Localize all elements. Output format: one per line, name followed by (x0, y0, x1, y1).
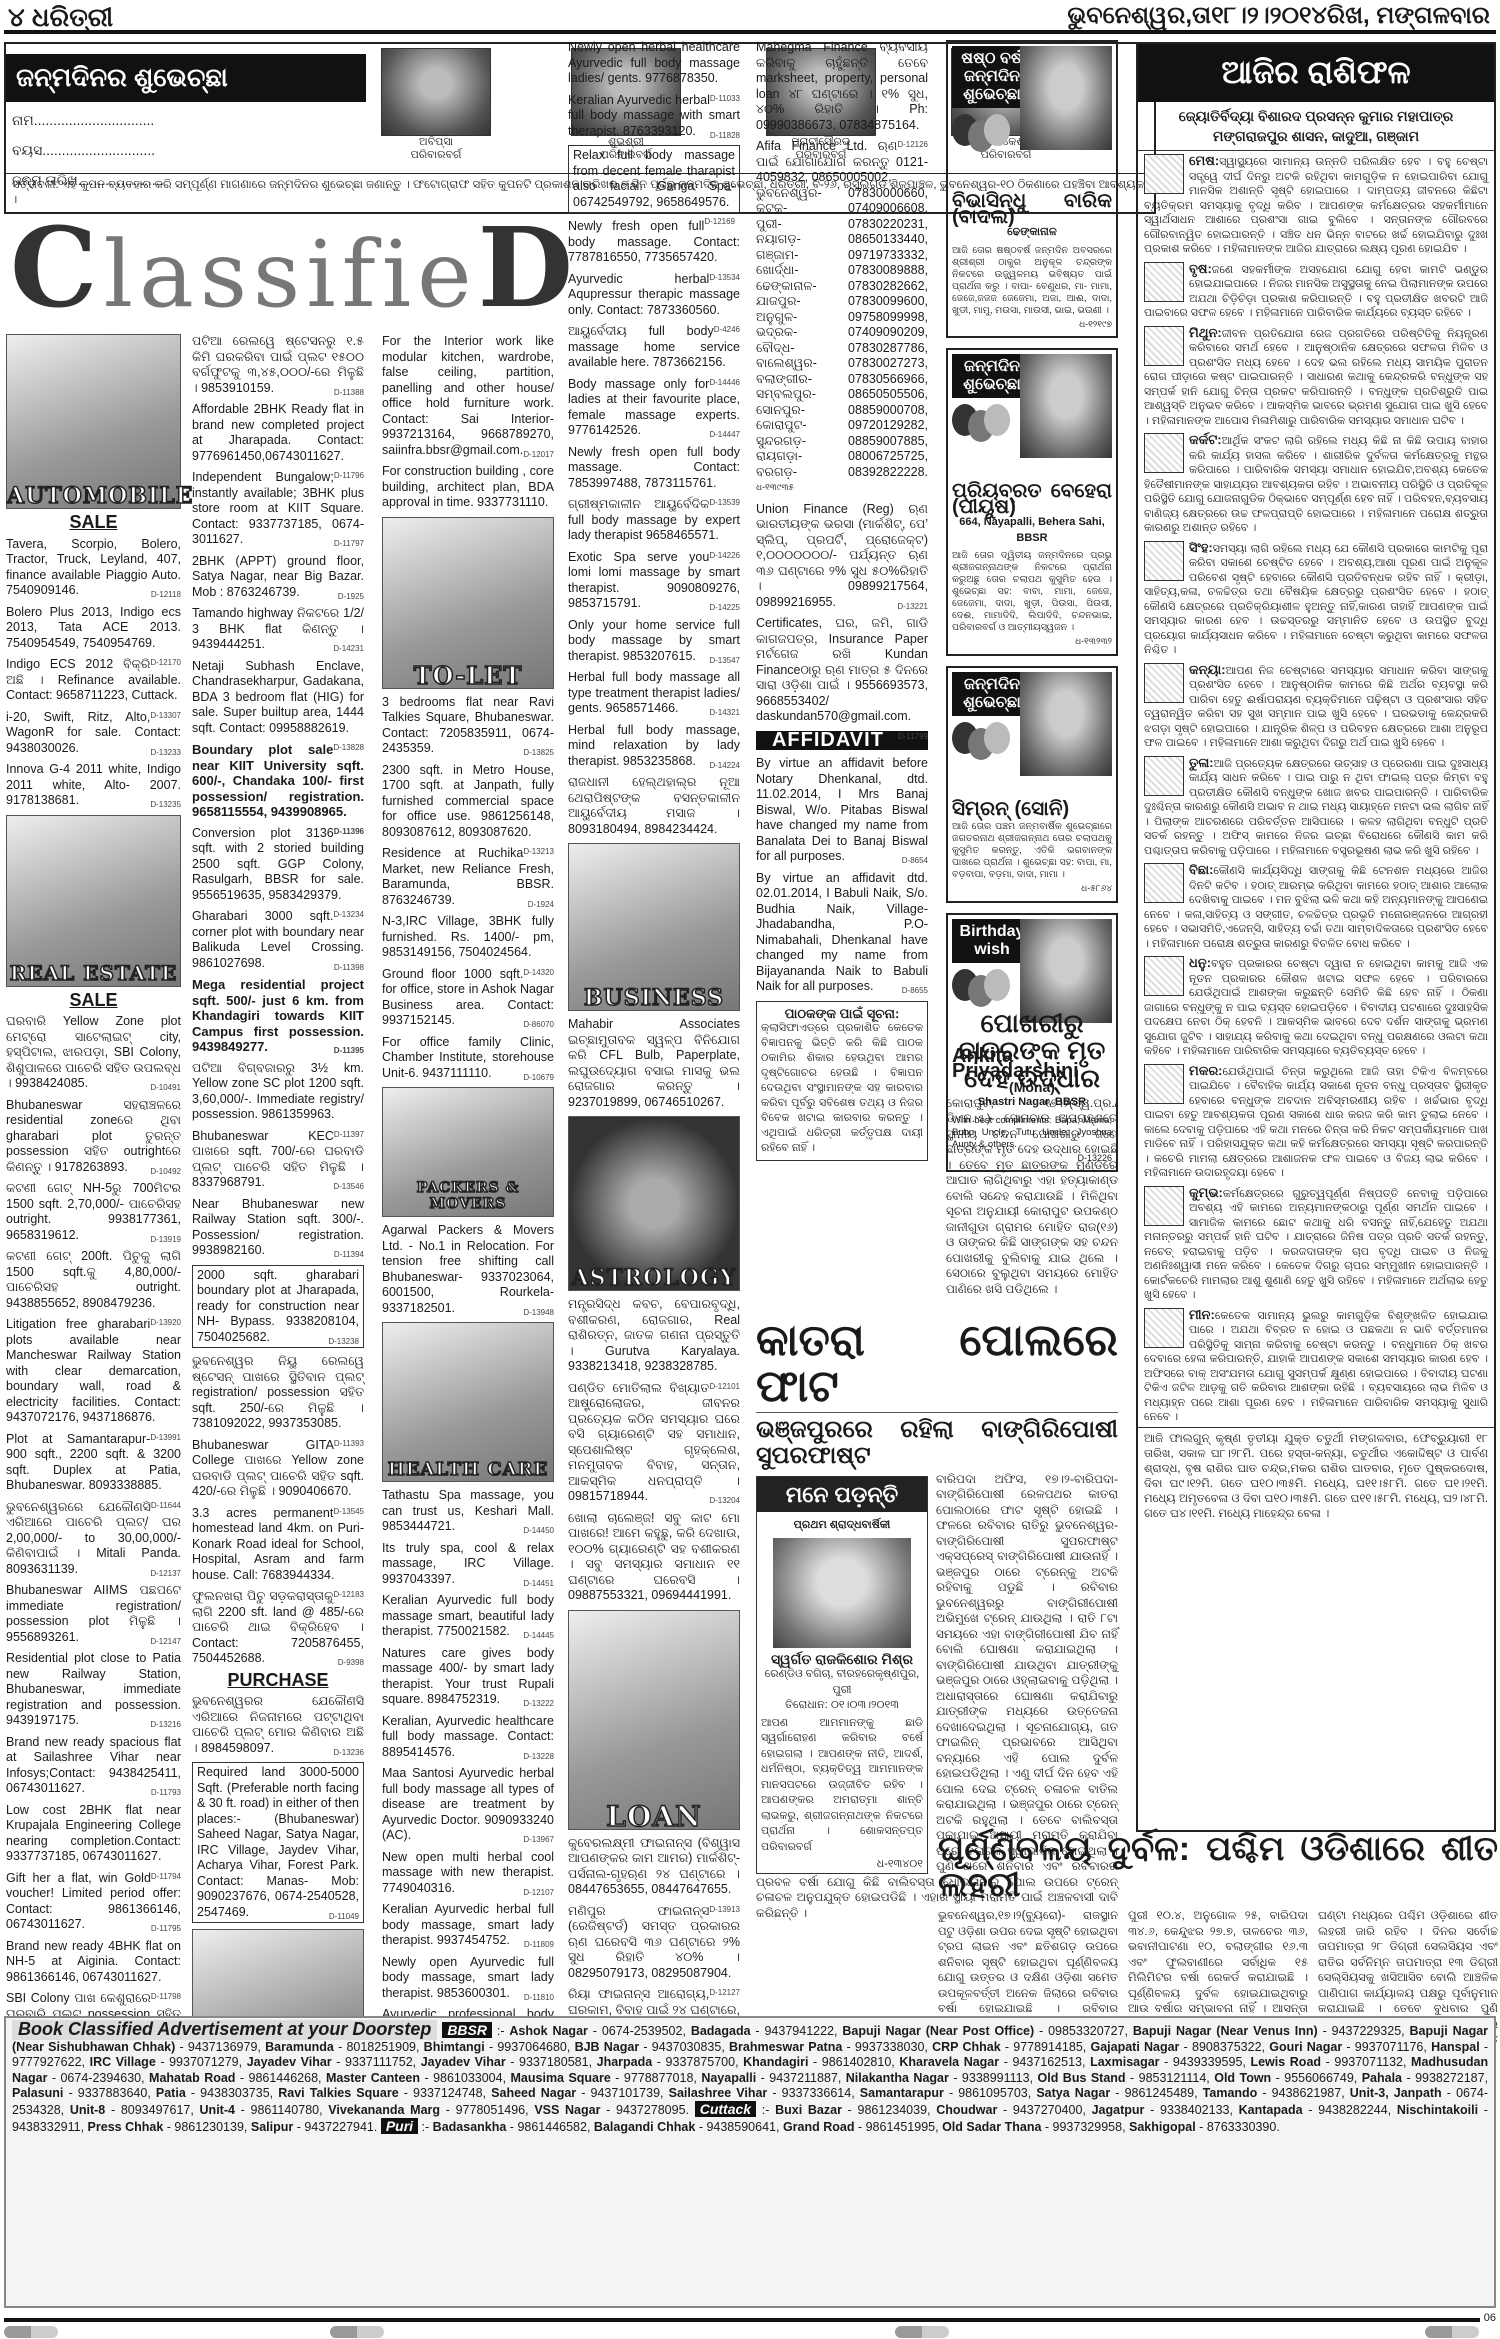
wish-message: ଆଜି ତୋର ପଞ୍ଚମ ଜନ୍ମବାର୍ଷିକ ଶୁଭେଚ୍ଛାରେ ଜଗତ… (952, 821, 1112, 881)
center-phone: 9861402810 (822, 2055, 892, 2069)
center-phone: 9938272187 (1415, 2071, 1485, 2085)
ad-code: D-9398 (338, 1655, 364, 1671)
ad-text: Brand new ready 4BHK flat on NH-5 at Aig… (6, 1939, 181, 1984)
registration-mark (4, 2326, 58, 2338)
sign-text: କୌଣସି କାର୍ଯ୍ୟସିଦ୍ଧି ସାଙ୍ଗକୁ କିଛି ଟେନଶନ ମ… (1144, 865, 1488, 950)
branch-row: ବାଲେଶ୍ୱର-07830027273, (756, 356, 928, 372)
booking-center: Samantarapur - 9861095703, (860, 2086, 1037, 2100)
classified-ad: Brand new ready spacious flat at Sailash… (6, 1735, 181, 1797)
branch-phone: 07830220231, (848, 217, 928, 233)
balloons-icon (952, 722, 1112, 792)
center-name: BJB Nagar (575, 2040, 640, 2054)
booking-center: Press Chhak - 9861230139, (88, 2120, 251, 2134)
booking-center: Jayadev Vihar - 9337180581, (421, 2055, 597, 2069)
center-phone: 9861033004 (433, 2071, 503, 2085)
branch-city: ନୟାଗଡ଼- (756, 232, 801, 248)
automobile-image: AUTOMOBILE (6, 334, 181, 509)
center-phone: 8018251909 (346, 2040, 416, 2054)
center-phone: 9937071132 (1334, 2055, 1403, 2069)
ad-text: Agarwal Packers & Movers Ltd. - No.1 in … (382, 1223, 554, 1315)
center-phone: 9437162513 (1012, 2055, 1082, 2069)
center-phone: 9861245489 (1125, 2086, 1195, 2100)
booking-center: Satya Nagar - 9861245489, (1036, 2086, 1202, 2100)
horoscope-sign: ଧନୁ:ବହୁତ ପ୍ରକାରର ଚେଷ୍ଟା ଦ୍ୱାରା ନ ହୋଇଥିବା… (1138, 953, 1494, 1061)
booking-center: Baramunda - 8018251909, (265, 2040, 424, 2054)
classified-ad: Mega residential project sqft. 500/- jus… (192, 977, 364, 1055)
ad-code: D-11394 (334, 1247, 364, 1263)
coupon-title: ଜନ୍ମଦିନର ଶୁଭେଚ୍ଛା (6, 54, 366, 102)
branch-phone: 07830027273, (848, 356, 928, 372)
ad-code: D-13221 (897, 599, 928, 615)
branch-phone: 08650133440, (848, 232, 928, 248)
center-phone: 9861234039 (858, 2103, 928, 2117)
ad-code: ଧ-୧୩୪୦୧ (757, 1857, 927, 1873)
classified-ad: 3 bedrooms flat near Ravi Talkies Square… (382, 695, 554, 757)
center-phone: 9861095703 (958, 2086, 1028, 2100)
branch-city: କଟକ- (756, 201, 787, 217)
booking-center: Pahala - 9938272187, (1362, 2071, 1488, 2085)
ad-code: D-13547 (709, 653, 740, 669)
ad-code: D-14451 (523, 1576, 554, 1592)
classified-ad: Maa Santosi Ayurvedic herbal full body m… (382, 1766, 554, 1844)
ad-code: D-13828 (333, 740, 364, 756)
center-phone: 9437229325 (1332, 2024, 1402, 2038)
center-phone: 9437941222 (764, 2024, 834, 2038)
ad-text: Maa Santosi Ayurvedic herbal full body m… (382, 1766, 554, 1842)
ad-code: D-11796 (334, 468, 364, 484)
tolet-image: TO-LET (382, 517, 554, 689)
ad-text: ପଣ୍ଡିତ ମୋତିଲାଲ ବିଖ୍ୟାତ ଆଷ୍ଟ୍ରୋଲୋଜର, ଜୀବନ… (568, 1381, 740, 1504)
reader-notice: ପାଠକଙ୍କ ପାଇଁ ସୂଚନା: କ୍ଲାସିଫାଏଡ୍‌ରେ ପ୍ରକା… (756, 1001, 928, 1161)
center-phone: 9861230139 (174, 2120, 244, 2134)
horoscope-sign: ମିଥୁନ:ଜୀବନ ପ୍ରତିଯୋଗ ରେଜ ପ୍ରଗତିରେ ପରିଷ୍ଟି… (1138, 323, 1494, 431)
sign-text: ଆଜି ପ୍ରତ୍ୟେକ କ୍ଷେତ୍ରରେ ଉତ୍ସାହ ଓ ପ୍ରେରଣା … (1144, 758, 1488, 857)
ad-code: D-8655 (902, 983, 928, 999)
center-name: Grand Road (783, 2120, 855, 2134)
sign-name: ମେଷ: (1189, 153, 1219, 168)
sign-name: କର୍କଟ: (1189, 432, 1222, 447)
zodiac-icon (1144, 154, 1184, 194)
center-phone: 9337336614 (782, 2086, 852, 2100)
classified-ad: ଘରବାରି Yellow Zone plot ମେଟ୍ରୋ ସାଟେଲାଇଟ୍… (6, 1014, 181, 1092)
branch-phone: 08859000708, (848, 403, 928, 419)
ad-code: D-10491 (150, 1080, 181, 1096)
zodiac-icon (1144, 1064, 1184, 1104)
classified-ad: କଟଣୀ ଗେଟ୍ 200ft. ପିଚୁକୁ ଲାଗି 1500 sqft.କ… (6, 1249, 181, 1311)
sign-name: କୁମ୍ଭ: (1189, 1185, 1223, 1200)
registration-mark (895, 2326, 949, 2338)
ad-text: କଟଣୀ ଗେଟ୍ 200ft. ପିଚୁକୁ ଲାଗି 1500 sqft.କ… (6, 1249, 181, 1310)
loan-label: LOAN (569, 1809, 739, 1825)
health-care-label: HEALTH CARE (383, 1462, 553, 1478)
branch-row: ଭଦ୍ରକ-07409090209, (756, 325, 928, 341)
branch-row: ଭୁବନେଶ୍ୱର-07830000660, (756, 186, 928, 202)
ad-code: D-14450 (523, 1523, 554, 1539)
branch-row: ନୟାଗଡ଼-08650133440, (756, 232, 928, 248)
ad-text: N-3,IRC Village, 3BHK fully furnished. R… (382, 914, 554, 959)
booking-center: Old Bus Stand - 9853121114, (1038, 2071, 1215, 2085)
booking-center: Buxi Bazar - 9861234039, (775, 2103, 936, 2117)
center-name: Press Chhak (88, 2120, 164, 2134)
sign-text: ଯେଉଁଥିପାଇଁ ଚିନ୍ତା କରୁଥିଲେ ଆଜି ତାହା ଟିକିଏ… (1144, 1066, 1488, 1180)
center-name: Bapuji Nagar (Near Venus Inn) (1133, 2024, 1318, 2038)
ad-text: ରାଜଧାନୀ ହେଲ୍‌ଥହାଲ୍‌ର ନୂଆ ଥେରାପିଷ୍ଟଙ୍କ ବସ… (568, 775, 740, 836)
ad-code: ଧ-୧୨୧୯୭ (952, 317, 1112, 333)
classified-ad: Herbal full body massage all type treatm… (568, 670, 740, 717)
balloons-icon (952, 114, 1112, 184)
booking-center: Patia - 9438303735, (156, 2086, 278, 2100)
sign-name: କନ୍ୟା: (1189, 662, 1226, 677)
classified-ad: Residential plot close to Patia new Rail… (6, 1651, 181, 1729)
ad-code: D-14320 (523, 965, 554, 981)
booking-center: Badagada - 9437941222, (691, 2024, 843, 2038)
branch-city: ବାଲେଶ୍ୱର- (756, 356, 817, 372)
ad-code: D-13216 (150, 1717, 181, 1733)
classified-ad: For office family Clinic, Chamber Instit… (382, 1035, 554, 1082)
booking-center: Salipur - 9437227941. (251, 2120, 381, 2134)
booking-center: Unit-4 - 9861140780, (200, 2103, 329, 2117)
classified-ad: Affordable 2BHK Ready flat in brand new … (192, 402, 364, 464)
ad-code: D-11049 (329, 1909, 359, 1925)
ad-code: D-8654 (902, 853, 928, 869)
city-label: Puri (381, 2118, 418, 2134)
sign-text: ସ୍ୱାସ୍ଥ୍ୟରେ ସାମାନ୍ୟ ଉନ୍ନତି ପରିଲକ୍ଷିତ ହେବ… (1144, 156, 1488, 255)
center-name: Baramunda (265, 2040, 334, 2054)
ad-code: D-13204 (709, 1493, 740, 1509)
classified-ad: Bolero Plus 2013, Indigo ecs 2013, Tata … (6, 605, 181, 652)
branch-phone: 07830282662, (848, 279, 928, 295)
center-name: Palasuni (12, 2086, 63, 2100)
ad-code: D-10492 (150, 1164, 181, 1180)
branch-phone: 07830000660, (848, 186, 928, 202)
zodiac-icon (1144, 863, 1184, 903)
sign-text: ବହୁତ ପ୍ରକାରର ଚେଷ୍ଟା ଦ୍ୱାରା ନ ହୋଇଥିବା କାମ… (1144, 958, 1488, 1057)
horoscope-sign: ତୁଳା:ଆଜି ପ୍ରତ୍ୟେକ କ୍ଷେତ୍ରରେ ଉତ୍ସାହ ଓ ପ୍ର… (1138, 753, 1494, 861)
center-name: Laxmisagar (1090, 2055, 1159, 2069)
classified-ad: Netaji Subhash Enclave, Chandrasekharpur… (192, 659, 364, 737)
classified-ad: Tathastu Spa massage, you can trust us, … (382, 1488, 554, 1535)
zodiac-icon (1144, 663, 1184, 703)
boxed-ad: 2000 sqft. gharabari boundary plot at Jh… (192, 1265, 364, 1349)
ad-text: Mahabir Associates ଇଚ୍ଛାମୁତାବକ ସ୍ୱଳ୍ପ ବି… (568, 1017, 740, 1109)
classified-ad: Low cost 2BHK flat near Krupajala Engine… (6, 1803, 181, 1865)
booking-center: Lewis Road - 9937071132, (1250, 2055, 1411, 2069)
horoscope-sign: ମକର:ଯେଉଁଥିପାଇଁ ଚିନ୍ତା କରୁଥିଲେ ଆଜି ତାହା ଟ… (1138, 1061, 1494, 1183)
packers-label: PACKERS & MOVERS (383, 1181, 553, 1212)
sign-text: କେତେକ ସାମାନ୍ୟ ଭୁଲରୁ କାମଗୁଡ଼ିକ ବିଶୃଙ୍ଖଳିତ… (1144, 1310, 1488, 1424)
center-phone: 9337875700 (666, 2055, 736, 2069)
center-phone: 9937064680 (497, 2040, 567, 2054)
booking-center: Old Town - 9556066749, (1214, 2071, 1361, 2085)
obituary-name: ସ୍ୱର୍ଗତ ରାଜକିଶୋର ମିଶ୍ର (757, 1652, 927, 1668)
banner-middle: lassifie (104, 221, 478, 328)
kid-family: ପରିବାରବର୍ଗ (381, 149, 491, 162)
classified-ad: କଟଣୀ ଗେଟ୍ NH-5ରୁ 700ମିଟର 1500 sqft. 2,70… (6, 1181, 181, 1243)
ad-text: Newly open herbal healthcare Ayurvedic f… (568, 40, 740, 85)
center-name: Ashok Nagar (509, 2024, 588, 2038)
center-phone: 9778914185 (1013, 2040, 1083, 2054)
center-name: Bapuji Nagar (Near Post Office) (842, 2024, 1034, 2038)
booking-center: Gajapati Nagar - 8908375322, (1090, 2040, 1269, 2054)
center-name: Samantarapur (860, 2086, 944, 2100)
ad-text: Relax full body massage from decent fema… (573, 148, 735, 209)
branch-phone: 07409090209, (848, 325, 928, 341)
branch-phone: 07830566966, (848, 372, 928, 388)
center-name: Salipur (251, 2120, 293, 2134)
booking-center: IRC Village - 9937071279, (90, 2055, 247, 2069)
ad-code: D-14321 (709, 705, 740, 721)
classified-ad: N-3,IRC Village, 3BHK fully furnished. R… (382, 914, 554, 961)
center-phone: 9437030835 (652, 2040, 722, 2054)
ad-code: D-14225 (709, 600, 740, 616)
bottom-rule (4, 2318, 1480, 2322)
classified-ad: Natures care gives body massage 400/- by… (382, 1646, 554, 1708)
news-story-pond: ପୋଖରୀରୁ ଛାତ୍ରଙ୍କ ମୃତ ଦେହ ଉଦ୍ଧାର କୋରାପୁଟ,… (946, 1010, 1118, 1297)
center-name: VSS Nagar (534, 2103, 600, 2117)
astrology-label: ASTROLOGY (569, 1271, 739, 1287)
ad-text: ମନ୍ତ୍ରସିଦ୍ଧ କବଚ, ବେପାରବୃଦ୍ଧି, ବଶୀକରଣ, ରୋ… (568, 1297, 740, 1373)
classified-ad: ଖୋଲା ଚାଲେଞ୍ଜ! ସବୁ କାଟ ମୋ ପାଖରେ! ଆମେ କହୁଛ… (568, 1511, 740, 1604)
center-phone: 9337883640 (78, 2086, 148, 2100)
banner-letter-c: C (10, 203, 104, 332)
branch-city: ଭୁବନେଶ୍ୱର- (756, 186, 822, 202)
wish-name: ସିମ୍ରନ୍ (ସୋନି) (952, 802, 1112, 818)
center-name: Badasankha (433, 2120, 507, 2134)
sign-name: ତୁଳା: (1189, 755, 1214, 770)
booking-center: Master Canteen - 9861033004, (326, 2071, 511, 2085)
center-name: Unit-4 (200, 2103, 235, 2117)
classified-ad: କୁବେରଲକ୍ଷ୍ମୀ ଫାଇନାନ୍ସ (ବିଶ୍ୱାସ ଆପଣଙ୍କର କ… (568, 1836, 740, 1898)
branch-row: ବଲାଙ୍ଗୀର-07830566966, (756, 372, 928, 388)
booking-center: Choudwar - 9437270400, (936, 2103, 1091, 2117)
ad-code: D-14224 (709, 758, 740, 774)
center-name: Pahala (1362, 2071, 1402, 2085)
booking-center: Jharpada - 9337875700, (597, 2055, 744, 2069)
zodiac-icon (1144, 433, 1184, 473)
story-body: କୋରାପୁଟ, ୧୭।୨(ସ୍ୱ.ପ୍ର./ଡିଏନ.ଏ.)- ସୋମବାର … (946, 1096, 1118, 1298)
branch-phone: 09720129282, (848, 418, 928, 434)
ad-code: D-11393 (334, 1436, 364, 1452)
classified-ad: Keralian, Ayurvedic healthcare full body… (382, 1714, 554, 1761)
center-phone: 9556066749 (1284, 2071, 1354, 2085)
ad-code: D-12147 (150, 1634, 181, 1650)
obituary-photo (773, 1538, 911, 1648)
classified-ad: Herbal full body massage, mind relaxatio… (568, 723, 740, 770)
center-name: Mahatab Road (149, 2071, 235, 2085)
sign-text: ଜୀବନ ପ୍ରତିଯୋଗ ରେଜ ପ୍ରଗତିରେ ପରିଷ୍ଟିତିକୁ ନ… (1144, 328, 1488, 427)
booking-center: BJB Nagar - 9437030835, (575, 2040, 729, 2054)
booking-center: Mausima Square - 9778877018, (511, 2071, 702, 2085)
classified-ad: Keralian Ayurvedic full body massage sma… (382, 1593, 554, 1640)
center-phone: 9337180581 (519, 2055, 589, 2069)
ad-code: D-11793 (151, 1785, 181, 1801)
center-name: Master Canteen (326, 2071, 420, 2085)
sign-name: ଧନୁ: (1189, 955, 1211, 970)
booking-center: Old Sadar Thana - 9937329958, (942, 2120, 1129, 2134)
classified-ad: Certificates, ଘର, ଜମି, ଗାଡି କାଗଜପତ୍ର, In… (756, 616, 928, 725)
center-phone: 9861140780 (251, 2103, 320, 2117)
classified-ad: Union Finance (Reg) ଋଣ ଭାରତୀୟଙ୍କ ଭରସା (ମ… (756, 502, 928, 611)
ad-code: D-12169 (704, 214, 735, 230)
zodiac-icon (1144, 262, 1184, 302)
branch-city: ରାୟଗଡ଼ା- (756, 449, 802, 465)
horoscope-sign: ମେଷ:ସ୍ୱାସ୍ଥ୍ୟରେ ସାମାନ୍ୟ ଉନ୍ନତି ପରିଲକ୍ଷିତ… (1138, 151, 1494, 259)
child-photo (381, 48, 491, 136)
center-phone: 9437211887 (769, 2071, 838, 2085)
booking-center: Palasuni - 9337883640, (12, 2086, 156, 2100)
branch-phone: 07830089888, (848, 263, 928, 279)
ad-text: For the Interior work like modular kitch… (382, 334, 554, 457)
center-name: Sakhigopal (1129, 2120, 1196, 2134)
branch-row: ଅନୁଗୁଳ-09758099998, (756, 310, 928, 326)
ad-code: D-12137 (150, 1566, 181, 1582)
center-name: Jagatpur (1092, 2103, 1145, 2117)
center-name: Saheed Nagar (491, 2086, 576, 2100)
booking-center: Sakhigopal - 8763330390. (1129, 2120, 1280, 2134)
birthday-wish-card: ଜନ୍ମଦିନ ଶୁଭେଚ୍ଛାପ୍ରିୟବ୍ରତ ବେହେରା (ପୀୟୂଷ)… (946, 348, 1118, 656)
ad-code: D-11795 (151, 1921, 181, 1937)
branch-city: କୋରାପୁଟ- (756, 418, 806, 434)
booking-center: Mahatab Road - 9861446268, (149, 2071, 326, 2085)
center-phone: 9853121114 (1139, 2071, 1207, 2085)
registration-mark (330, 2326, 384, 2338)
horoscope-sign: କର୍କଟ:ଆର୍ଥିକ ସଂକଟ ଲାଗି ରହିଲେ ମଧ୍ୟ କିଛି ନ… (1138, 430, 1494, 538)
branch-row: ସମ୍ବଲପୁର-08650505506, (756, 387, 928, 403)
classified-ad: Newly open herbal healthcare Ayurvedic f… (568, 40, 740, 87)
center-phone: 9437101739 (591, 2086, 661, 2100)
ad-code: D-12118 (151, 587, 181, 603)
classified-ad: Mahegma Finance ବ୍ୟବସାୟ କରିବାକୁ ଚାହୁଁଛନ୍… (756, 40, 928, 133)
branch-city: ସୋନପୁର- (756, 403, 805, 419)
ad-code: D-12017 (523, 447, 554, 463)
obituary-date: ତିରୋଧାନ: ୦୧।୦୩।୨୦୧୩ (757, 1698, 927, 1714)
story-subhead: ଭଞ୍ଜପୁରରେ ରହିଲା ବାଙ୍ଗିରିପୋଷୀ ସୁପରଫାଷ୍ଟ (756, 1417, 1118, 1467)
branch-city: ବୌଦ୍ଧ- (756, 341, 795, 357)
branch-phone: 09758099998, (848, 310, 928, 326)
classified-ad: ମନ୍ତ୍ରସିଦ୍ଧ କବଚ, ବେପାରବୃଦ୍ଧି, ବଶୀକରଣ, ରୋ… (568, 1297, 740, 1375)
page-number: 06 (1484, 2312, 1496, 2324)
booking-center: Balagandi Chhak - 9438590641, (594, 2120, 783, 2134)
center-name: Gouri Nagar (1269, 2040, 1342, 2054)
purchase-heading: PURCHASE (192, 1673, 364, 1689)
center-phone: 9778877018 (624, 2071, 694, 2085)
sign-name: ମକର: (1189, 1063, 1223, 1078)
ad-code: ଧ-୧୩୯୩୫ (756, 480, 928, 496)
ad-code: D-13233 (150, 745, 181, 761)
branch-city: ଖୋର୍ଦ୍ଧା- (756, 263, 799, 279)
sign-text: ଆର୍ଥିକ ସଂକଟ ଲାଗି ରହିଲେ ମଧ୍ୟ କିଛି ନା କିଛି… (1144, 435, 1488, 534)
booking-center: Bhimtangi - 9937064680, (424, 2040, 575, 2054)
ad-code: D-13539 (709, 495, 740, 511)
classified-ad: For the Interior work like modular kitch… (382, 334, 554, 458)
branch-city: ବରଗଡ଼- (756, 465, 797, 481)
center-name: Unit-8 (70, 2103, 105, 2117)
horoscope-sign: କୁମ୍ଭ:କର୍ମକ୍ଷେତ୍ରରେ ଗୁରୁତ୍ୱପୂର୍ଣ୍ଣ ନିଷ୍ପ… (1138, 1183, 1494, 1305)
classified-ad: Keralian Ayurvedic herbal full body mass… (382, 1902, 554, 1949)
branch-row: ଢେଙ୍କାନାଳ-07830282662, (756, 279, 928, 295)
branch-row: ସୋନପୁର-08859000708, (756, 403, 928, 419)
center-name: Bhimtangi (424, 2040, 485, 2054)
classified-ad: Its truly spa, cool & relax massage, IRC… (382, 1541, 554, 1588)
kid-name: ଅବିପ୍ସା (381, 136, 491, 149)
story-headline: କାତରା ପୋଲରେ ଫାଟ (756, 1318, 1118, 1413)
booking-center: Jagatpur - 9338402133, (1092, 2103, 1239, 2117)
ad-code: D-11809 (524, 1937, 554, 1953)
ad-text: Newly fresh open full body massage. Cont… (568, 445, 740, 490)
wish-name: ପ୍ରିୟବ୍ରତ ବେହେରା (ପୀୟୂଷ) (952, 484, 1112, 515)
ad-text: Litigation free gharabari plots availabl… (6, 1317, 181, 1424)
ad-code: D-13222 (523, 1696, 554, 1712)
ad-text: Affordable 2BHK Ready flat in brand new … (192, 402, 364, 463)
ad-code: D-13913 (709, 1902, 740, 1918)
real-estate-label: REAL ESTATE (7, 966, 180, 982)
center-phone: 8763330390 (1207, 2120, 1277, 2134)
booking-center: Kantapada - 9438282244, (1239, 2103, 1397, 2117)
ad-text: For construction building , core buildin… (382, 464, 554, 509)
booking-center: Tamando - 9438621987, (1203, 2086, 1350, 2100)
branch-row: ପୁରୀ-07830220231, (756, 217, 928, 233)
classified-ad: Bhubaneswar ସହରାଞ୍ଚଳରେ residential zoneର… (6, 1098, 181, 1176)
center-phone: 9937338030 (855, 2040, 925, 2054)
branch-city: ସୁନ୍ଦରଗଡ଼- (756, 434, 806, 450)
booking-center: Bapuji Nagar (Near Post Office) - 098533… (842, 2024, 1133, 2038)
center-name: Jharpada (597, 2055, 653, 2069)
classified-ad: Relax full body massage from decent fema… (568, 145, 740, 213)
center-name: Kantapada (1239, 2103, 1303, 2117)
classified-ad: By virtue an affidavit before Notary Dhe… (756, 756, 928, 865)
boxed-ad: Required land 3000-5000 Sqft. (Preferabl… (192, 1762, 364, 1923)
ad-code: D-13228 (523, 1749, 554, 1765)
classified-ad: ପଟିଆ ରେଲୱେ ଷ୍ଟେସନରୁ ୧.୫ କିମି ଘରକରିବା ପାଇ… (192, 334, 364, 396)
booking-centers-footer: Book Classified Advertisement at your Do… (4, 2016, 1496, 2308)
zodiac-icon (1144, 326, 1184, 366)
classified-ad: 2300 sqft. in Metro House, 1700 sqft. at… (382, 763, 554, 841)
center-name: Buxi Bazar (775, 2103, 842, 2117)
ad-text: ଘରବାରି Yellow Zone plot ମେଟ୍ରୋ ସାଟେଲାଇଟ୍… (6, 1014, 181, 1090)
ad-code: D-11810 (524, 1990, 554, 2006)
panchang: ଆଜି ଫାଲଗୁନ୍ କୃଷ୍ଣ ତୃତୀୟା ଯୁକ୍ତ ଚତୁର୍ଥୀ ମ… (1138, 1427, 1494, 1526)
ad-code: D-13546 (333, 1179, 364, 1195)
branch-phone: 08392822228. (848, 465, 928, 481)
footer-heading: Book Classified Advertisement at your Do… (12, 2020, 437, 2040)
booking-center: Ravi Talkies Square - 9337124748, (278, 2086, 491, 2100)
horoscope-sign: ସିଂହ:ସମସ୍ୟା ଲାଗି ରହିଲେ ମଧ୍ୟ ଯେ କୌଣସି ପ୍ର… (1138, 538, 1494, 660)
center-phone: 9937329958 (1053, 2120, 1123, 2134)
center-phone: 0674-2539502 (602, 2024, 683, 2038)
ad-code: D-86070 (523, 1017, 554, 1033)
ad-code: D-11644 (151, 1498, 181, 1514)
booking-center: Jayadev Vihar - 9337111752, (247, 2055, 421, 2069)
center-phone: 9337111752 (345, 2055, 413, 2069)
sign-text: କର୍ମକ୍ଷେତ୍ରରେ ଗୁରୁତ୍ୱପୂର୍ଣ୍ଣ ନିଷ୍ପତ୍ତି ନ… (1144, 1188, 1488, 1302)
classified-ad: Agarwal Packers & Movers Ltd. - No.1 in … (382, 1223, 554, 1316)
center-name: Tamando (1203, 2086, 1258, 2100)
ad-code: D-14447 (709, 427, 740, 443)
packers-movers-image: PACKERS & MOVERS (382, 1087, 554, 1217)
city-label: Cuttack (695, 2101, 756, 2117)
classified-ad: Tamando highway ନିକଟରେ 1/2/ 3 BHK flat କ… (192, 606, 364, 653)
horoscope-section: ଆଜିର ରାଶିଫଳ ଜ୍ୟୋତିର୍ବିଦ୍ୟା ବିଶାରଦ ପ୍ରସନ୍… (1136, 42, 1496, 1832)
branch-city: ଢେଙ୍କାନାଳ- (756, 279, 817, 295)
center-phone: 9337124748 (413, 2086, 483, 2100)
ad-code: D-13307 (150, 708, 181, 724)
branch-row: ଖୋର୍ଦ୍ଧା-07830089888, (756, 263, 928, 279)
ad-text: Certificates, ଘର, ଜମି, ଗାଡି କାଗଜପତ୍ର, In… (756, 616, 928, 723)
center-phone: 9437278095 (616, 2103, 686, 2117)
center-phone: 9777927622 (12, 2055, 82, 2069)
booking-center: VSS Nagar - 9437278095. (534, 2103, 694, 2117)
column-finance-affidavit: Mahegma Finance ବ୍ୟବସାୟ କରିବାକୁ ଚାହୁଁଛନ୍… (756, 40, 928, 1161)
